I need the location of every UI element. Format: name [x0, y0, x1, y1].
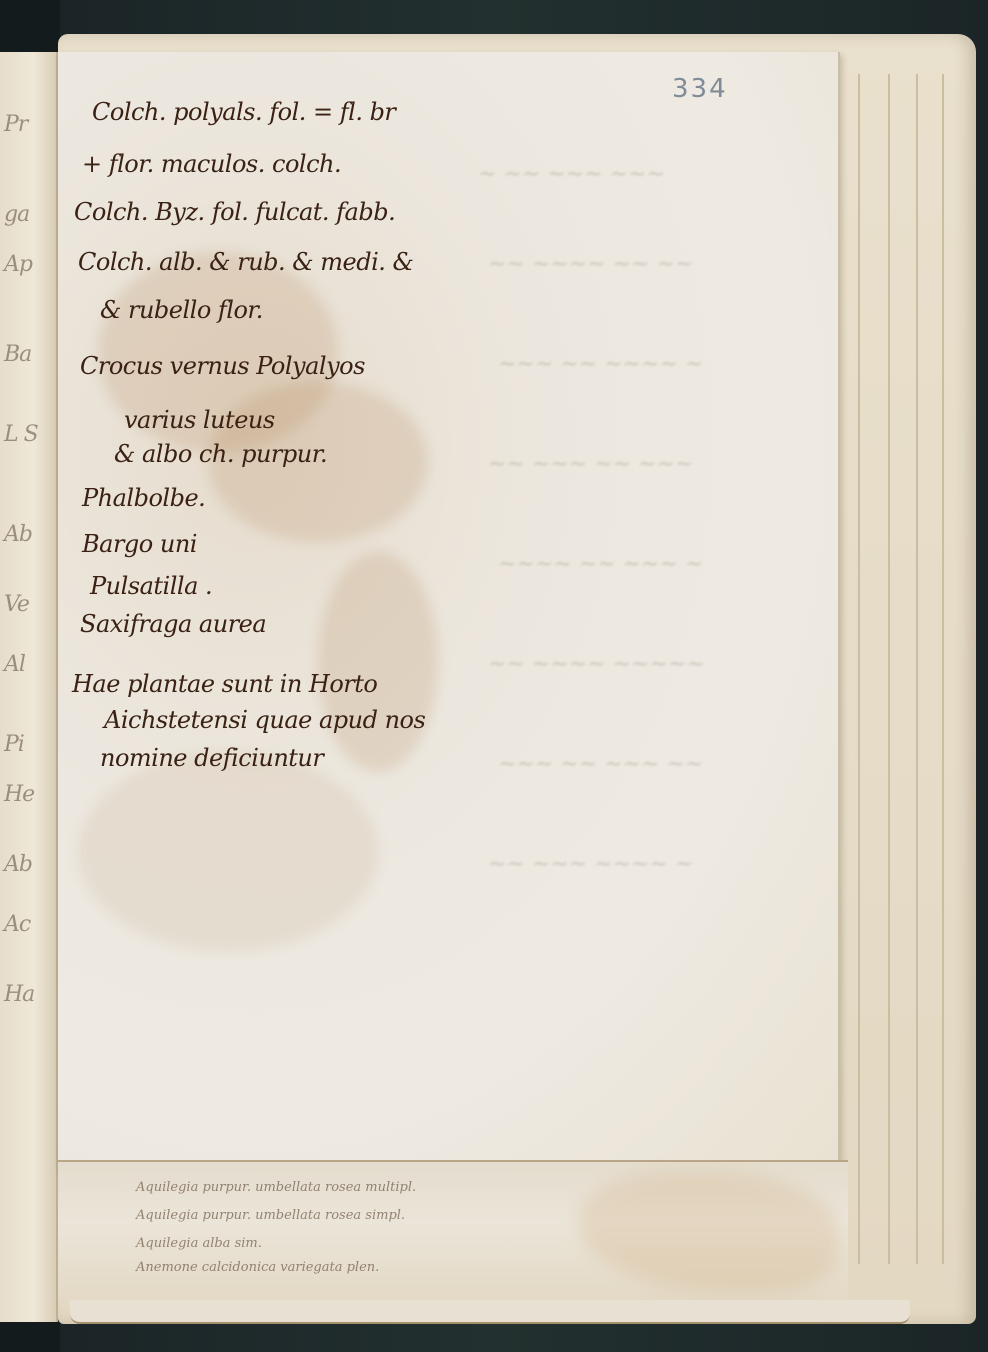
- manuscript-line: Crocus vernus Polyalyos: [80, 352, 365, 380]
- manuscript-line: Colch. polyals. fol. = fl. br: [92, 98, 395, 126]
- manuscript-line: Aichstetensi quae apud nos: [104, 706, 425, 734]
- manuscript-line: varius luteus: [124, 406, 275, 434]
- flap-note: Anemone calcidonica variegata plen.: [136, 1260, 379, 1275]
- manuscript-line: + flor. maculos. colch.: [82, 150, 341, 178]
- manuscript-line: Pulsatilla .: [90, 572, 212, 600]
- flap-note: Aquilegia purpur. umbellata rosea simpl.: [136, 1208, 405, 1223]
- stain: [578, 1172, 838, 1292]
- manuscript-line: & albo ch. purpur.: [114, 440, 327, 468]
- flap-note: Aquilegia alba sim.: [136, 1236, 262, 1251]
- page-bottom-edge: [70, 1300, 910, 1324]
- manuscript-line: nomine deficiuntur: [100, 744, 323, 772]
- manuscript-line: Colch. Byz. fol. fulcat. fabb.: [74, 198, 395, 226]
- manuscript-line: Colch. alb. & rub. & medi. &: [78, 248, 413, 276]
- flap-note: Aquilegia purpur. umbellata rosea multip…: [136, 1180, 416, 1195]
- left-page-text: Ap: [4, 252, 32, 277]
- left-page-text: Ab: [4, 522, 32, 547]
- page-edge: [888, 74, 890, 1264]
- left-page-fragment: Pr ga Ap Ba L S Ab Ve Al Pi He Ab Ac Ha: [0, 52, 58, 1322]
- left-page-text: Ac: [4, 912, 30, 937]
- page-edge: [942, 74, 944, 1264]
- manuscript-line: Bargo uni: [82, 530, 197, 558]
- lower-flap: Aquilegia purpur. umbellata rosea multip…: [58, 1160, 848, 1312]
- manuscript-line: Saxifraga aurea: [80, 610, 266, 638]
- page-edge: [858, 74, 860, 1264]
- manuscript-line: Hae plantae sunt in Horto: [72, 670, 377, 698]
- stain: [318, 552, 438, 772]
- left-page-text: Pr: [4, 112, 27, 137]
- left-page-text: L S: [4, 422, 38, 447]
- left-page-text: Ha: [4, 982, 34, 1007]
- folio-number: 334: [672, 74, 728, 104]
- left-page-text: He: [4, 782, 34, 807]
- manuscript-line: Phalbolbe.: [82, 484, 205, 512]
- left-page-text: Al: [4, 652, 25, 677]
- manuscript-line: & rubello flor.: [100, 296, 263, 324]
- page-edge: [916, 74, 918, 1264]
- left-page-text: ga: [4, 202, 29, 227]
- left-page-text: Ve: [4, 592, 29, 617]
- left-page-text: Ab: [4, 852, 32, 877]
- left-page-text: Ba: [4, 342, 31, 367]
- left-page-text: Pi: [4, 732, 24, 757]
- stain: [78, 752, 378, 952]
